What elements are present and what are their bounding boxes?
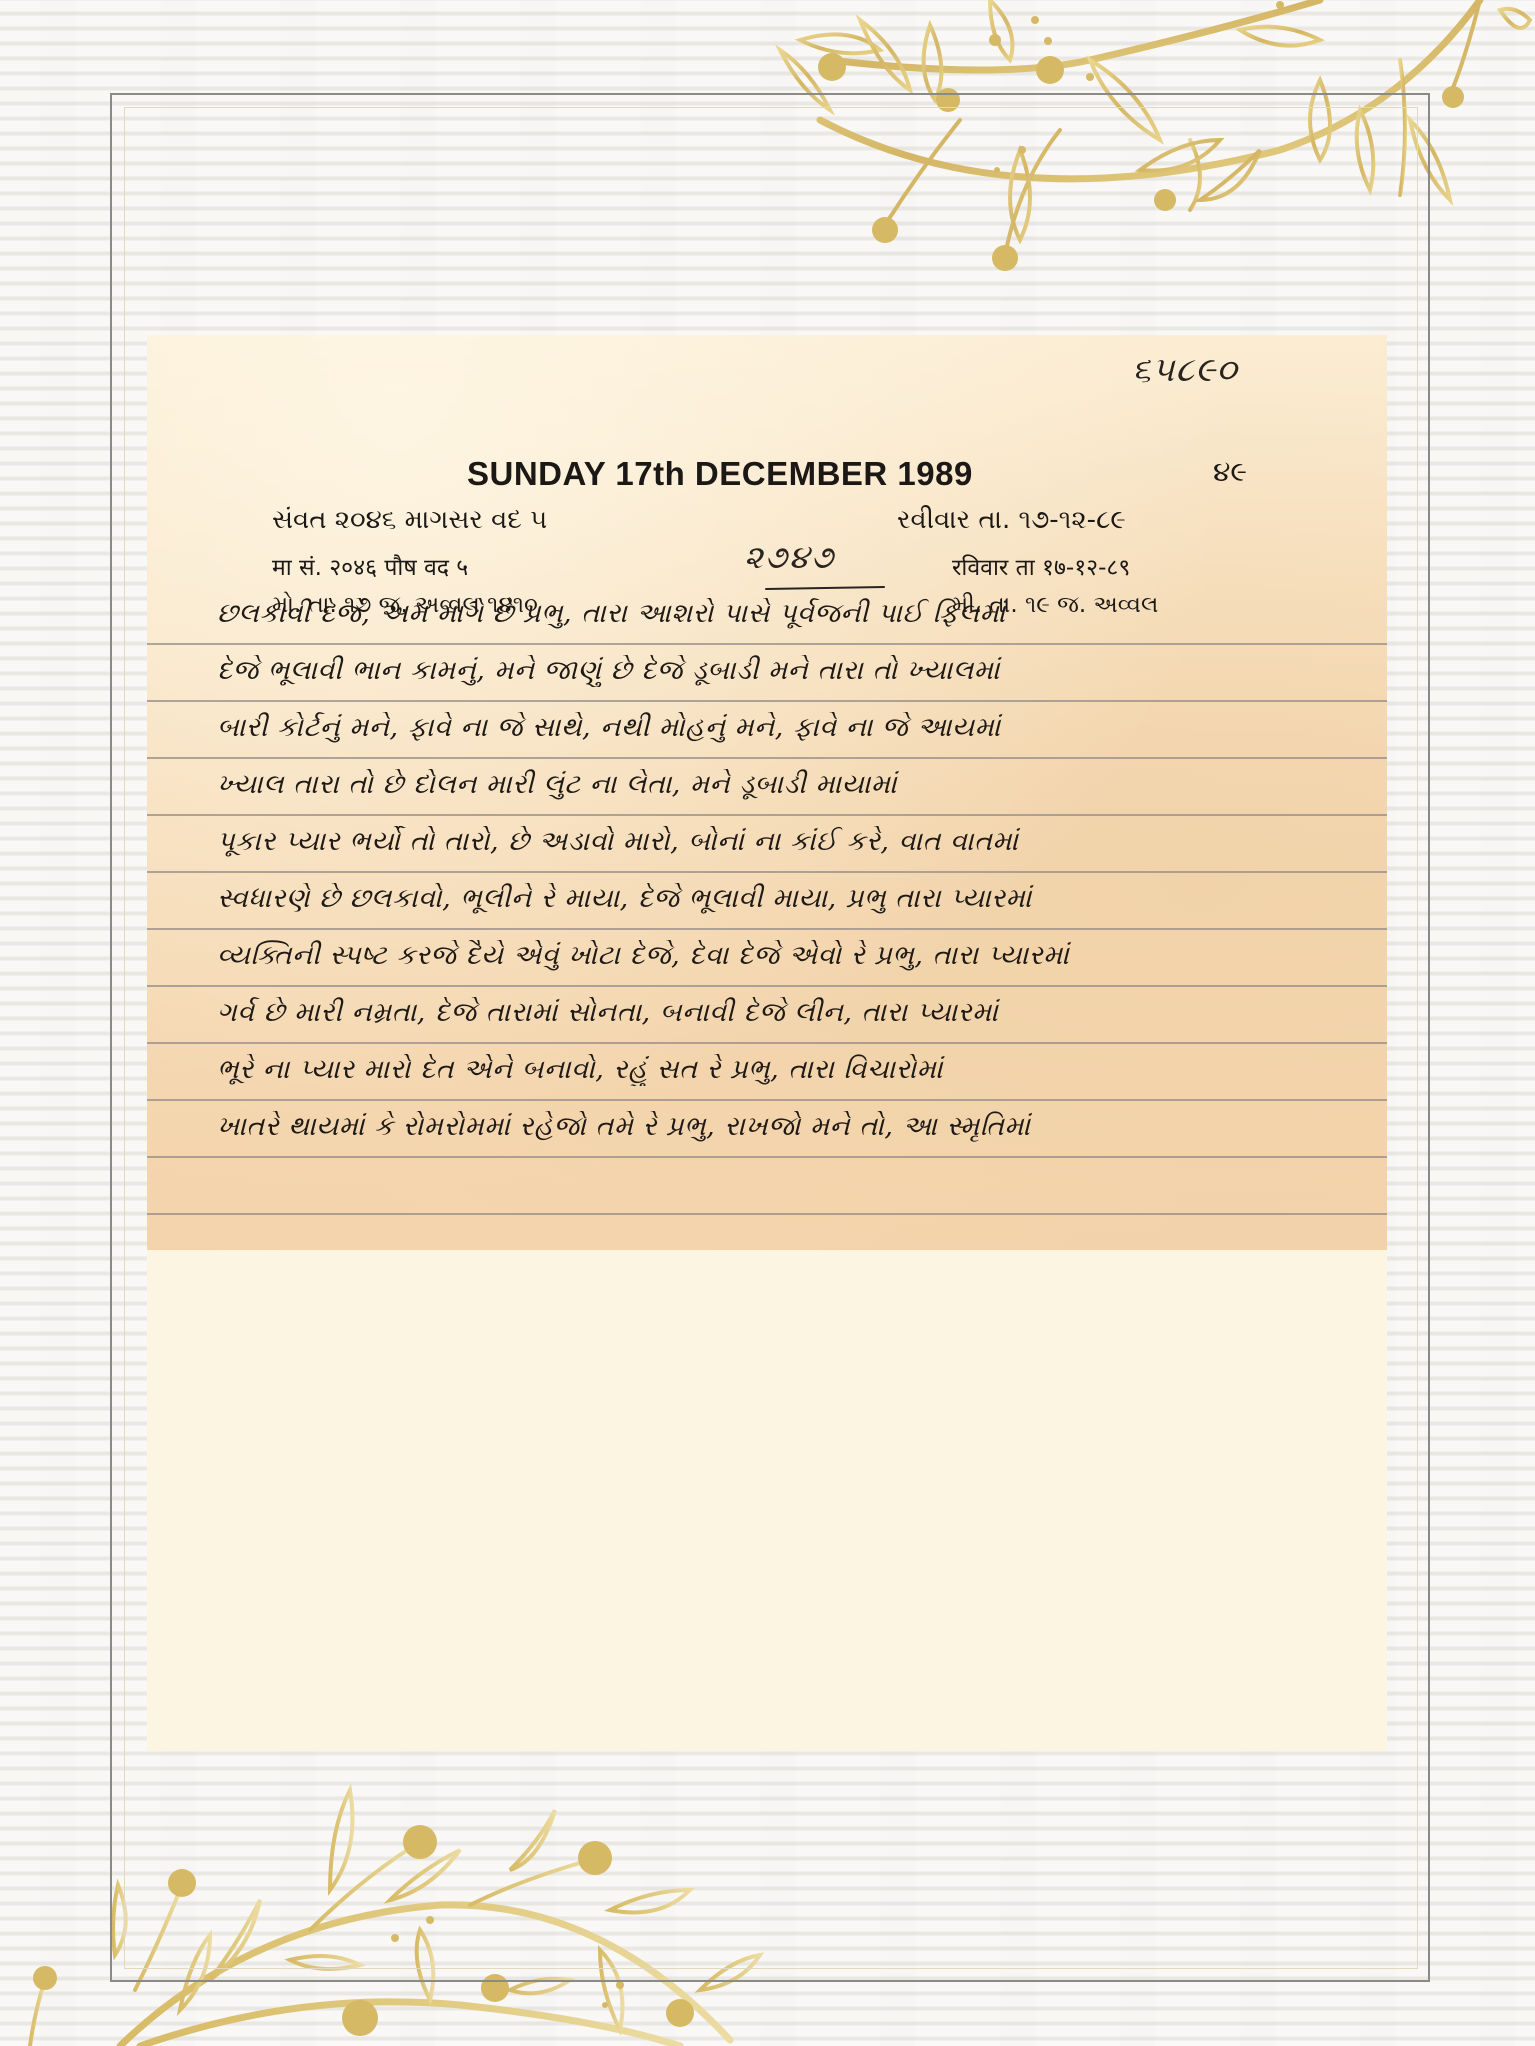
entry-number-underline xyxy=(765,586,885,590)
handwritten-line: ગર્વ છે મારી નમ્રતા, દેજે તારામાં સોનતા,… xyxy=(217,997,1377,1029)
handwritten-line: ખાતરે થાયમાં કે રોમરોમમાં રહેજો તમે રે પ… xyxy=(217,1111,1377,1143)
handwritten-line: પૂકાર પ્યાર ભર્યો તો તારો, છે અડાવો મારો… xyxy=(217,826,1377,858)
handwritten-line: વ્યક્તિની સ્પષ્ટ કરજે દૈયે એવું ખોટા દેજ… xyxy=(217,940,1377,972)
ruled-line xyxy=(147,985,1387,987)
ruled-line xyxy=(147,928,1387,930)
handwritten-line: છલકાવી દેજે, અમ માગે છે પ્રભુ, તારા આશરો… xyxy=(217,598,1377,630)
weekday-date-gujarati: રવીવાર તા. ૧૭-૧૨-૮૯ xyxy=(897,505,1126,536)
handwritten-line: દેજે ભૂલાવી ભાન કામનું, મને જાણું છે દેજ… xyxy=(217,655,1377,687)
handwritten-line: બારી કોર્ટનું મને, ફાવે ના જે સાથે, નથી … xyxy=(217,712,1377,744)
weekday-date-hindi: रविवार ता १७-१२-८९ xyxy=(952,550,1130,582)
handwritten-entry-number: ૨૭૪૭ xyxy=(744,538,835,577)
handwritten-line: ભૂરે ના પ્યાર મારો દેત એને બનાવો, રહું સ… xyxy=(217,1054,1377,1086)
diary-date-title: SUNDAY 17th DECEMBER 1989 xyxy=(467,455,973,493)
ruled-line xyxy=(147,643,1387,645)
samvat-date-gujarati: સંવત ૨૦૪૬ માગસર વદ ૫ xyxy=(272,505,547,536)
ruled-line xyxy=(147,700,1387,702)
ruled-line xyxy=(147,1156,1387,1158)
ruled-line xyxy=(147,1099,1387,1101)
handwritten-line: ખ્યાલ તારા તો છે દોલન મારી લુંટ ના લેતા,… xyxy=(217,769,1377,801)
handwritten-page-annotation: ૬૫૮૯૦ xyxy=(1132,350,1238,390)
ruled-line xyxy=(147,871,1387,873)
diary-page-number: ૪૯ xyxy=(1213,455,1247,489)
ruled-line xyxy=(147,1213,1387,1215)
ruled-line xyxy=(147,814,1387,816)
ruled-line xyxy=(147,1042,1387,1044)
handwritten-line: સ્વધારણે છે છલકાવો, ભૂલીને રે માયા, દેજે… xyxy=(217,883,1377,915)
diary-page-photo: ૬૫૮૯૦ SUNDAY 17th DECEMBER 1989 ૪૯ સંવત … xyxy=(147,335,1387,1250)
samvat-date-hindi: मा सं. २०४६ पौष वद ५ xyxy=(272,550,468,582)
ruled-line xyxy=(147,757,1387,759)
